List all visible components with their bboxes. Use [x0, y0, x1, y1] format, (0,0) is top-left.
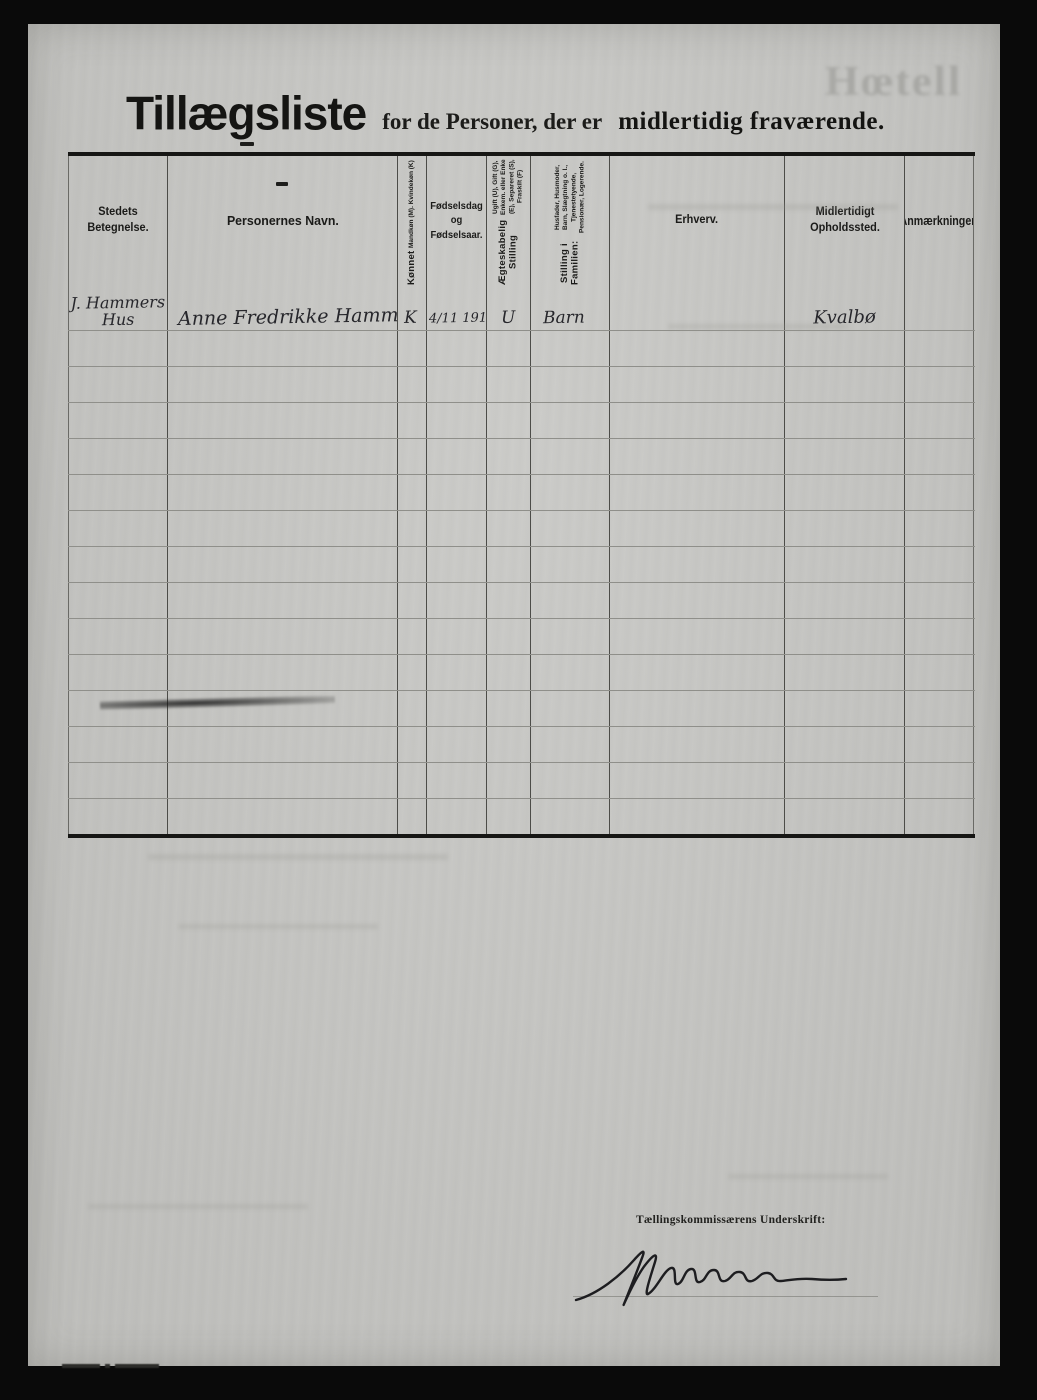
table-row-empty: [68, 511, 975, 547]
cell-navn: Anne Fredrikke Hammer: [168, 285, 398, 330]
header-sublabel: Mandkøn (M). Kvindekøn (K): [408, 161, 416, 249]
table-row-empty: [68, 655, 975, 691]
table-row-empty: [68, 367, 975, 403]
cell-stilling: Barn: [531, 285, 610, 330]
header-label: Stedets Betegnelse.: [71, 205, 164, 236]
page-subtitle: for de Personer, der er: [382, 109, 602, 135]
table-row-empty: [68, 547, 975, 583]
cell-aegteskabelig: U: [487, 285, 531, 330]
bleedthrough-mark: [178, 924, 378, 929]
handwritten-sted: J. Hammers Hus: [69, 295, 168, 330]
table-row-empty: [68, 583, 975, 619]
stray-mark: [240, 142, 254, 146]
cell-sted: J. Hammers Hus: [68, 285, 168, 330]
header-aegteskabelig-stilling: Ægteskabelig Stilling Ugift (U), Gift (G…: [487, 156, 531, 285]
printer-imprint: [62, 1355, 159, 1373]
header-anmaerkninger: Anmærkninger.: [905, 156, 974, 285]
scanned-census-page: { "page": { "title": "Tillægsliste", "su…: [0, 0, 1037, 1400]
table-row-empty: [68, 619, 975, 655]
census-table: Stedets Betegnelse. Personernes Navn. Kø…: [68, 152, 975, 838]
bleedthrough-mark: [668, 324, 848, 329]
bleedthrough-mark: [728, 1174, 888, 1179]
table-row-empty: [68, 439, 975, 475]
header-label: Anmærkninger.: [905, 212, 974, 230]
header-fodselsdag: Fødselsdag og Fødselsaar.: [427, 156, 487, 285]
header-label: Ægteskabelig Stilling: [498, 220, 519, 285]
signature-ink: [568, 1242, 908, 1312]
header-sublabel: Ugift (U), Gift (G), Enkem. eller Enke (…: [492, 156, 525, 218]
header-konnet: Kønnet Mandkøn (M). Kvindekøn (K): [398, 156, 427, 285]
table-row-empty: [68, 403, 975, 439]
header-stedets-betegnelse: Stedets Betegnelse.: [68, 156, 168, 285]
page-subtitle-emphasis: midlertidig fraværende.: [618, 108, 885, 136]
header-personernes-navn: Personernes Navn.: [168, 156, 398, 285]
handwritten-fodsel: 4/11 1913: [427, 310, 487, 330]
handwritten-aegteskabelig: U: [487, 308, 516, 330]
header-label: Erhverv.: [676, 213, 719, 229]
table-row-empty: [68, 331, 975, 367]
table-row-empty: [68, 691, 975, 727]
table-row-empty: [68, 475, 975, 511]
header-erhverv: Erhverv.: [610, 156, 785, 285]
bleedthrough-mark: [88, 1204, 308, 1209]
signature-label: Tællingskommissærens Underskrift:: [636, 1214, 826, 1226]
table-row-empty: [68, 799, 975, 834]
page-title-row: Tillægsliste for de Personer, der er mid…: [126, 86, 946, 140]
bleedthrough-mark: [148, 854, 448, 860]
header-label: Kønnet: [407, 250, 417, 285]
header-label: Fødselsdag og Fødselsaar.: [430, 199, 483, 242]
page-title: Tillægsliste: [126, 85, 366, 140]
header-sublabel: Husfader, Husmoder, Barn, Slægtning o. l…: [554, 156, 587, 239]
header-label: Stilling i Familien:: [560, 241, 581, 285]
signature: [568, 1242, 908, 1312]
paper-sheet: Hœtell Tillægsliste for de Personer, der…: [28, 24, 1000, 1366]
cell-kon: K: [398, 285, 427, 330]
handwritten-navn: Anne Fredrikke Hammer: [168, 304, 398, 330]
table-row-empty: [68, 763, 975, 799]
handwritten-stilling: Barn: [531, 308, 585, 330]
stray-mark: [276, 182, 288, 186]
handwritten-kon: K: [398, 308, 417, 330]
cell-anmaerkninger: [905, 285, 974, 330]
header-stilling-i-familien: Stilling i Familien: Husfader, Husmoder,…: [531, 156, 610, 285]
table-row-empty: [68, 727, 975, 763]
cell-fodsel: 4/11 1913: [427, 285, 487, 330]
table-header-row: Stedets Betegnelse. Personernes Navn. Kø…: [68, 156, 975, 285]
bleedthrough-mark: [648, 204, 898, 210]
header-midlertidigt-opholdssted: Midlertidigt Opholdssted.: [785, 156, 905, 285]
header-label: Personernes Navn.: [227, 212, 339, 230]
